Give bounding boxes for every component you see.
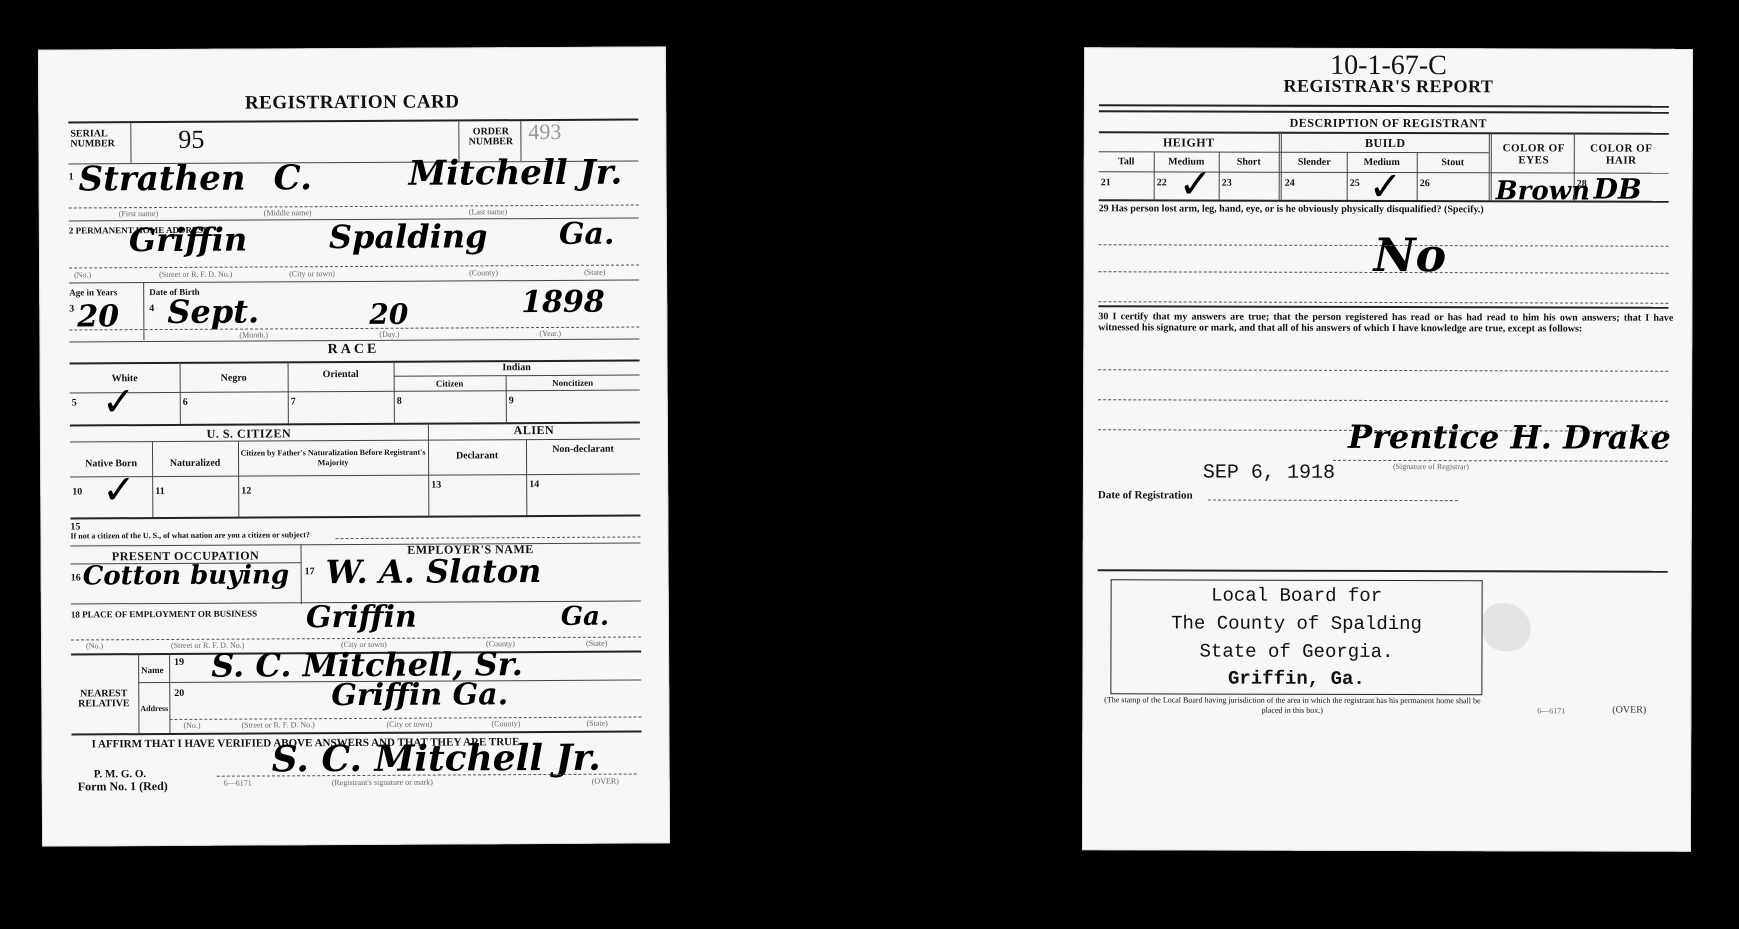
first-name: Strathen (78, 159, 245, 200)
native-born-checkmark: ✓ (102, 467, 136, 513)
employer-value: W. A. Slaton (326, 552, 542, 591)
question-30: 30 I certify that my answers are true; t… (1098, 311, 1673, 335)
form-name: Form No. 1 (Red) (78, 781, 168, 791)
last-name: Mitchell Jr. (408, 153, 622, 194)
home-state: Ga. (559, 217, 615, 252)
race-title: RACE (39, 340, 667, 359)
race-white-checkmark: ✓ (102, 379, 136, 425)
faded-seal-icon (1482, 603, 1530, 651)
q29-answer: No (1373, 228, 1446, 282)
local-board-stamp-box: Local Board for The County of Spalding S… (1110, 579, 1482, 695)
nearest-relative-label: NEAREST RELATIVE (71, 689, 136, 709)
home-city: Griffin (129, 221, 247, 260)
birth-month: Sept. (167, 292, 259, 330)
registrars-report-card: 10-1-67-C REGISTRAR'S REPORT DESCRIPTION… (1082, 47, 1693, 852)
birth-day: 20 (369, 298, 408, 331)
description-title: DESCRIPTION OF REGISTRANT (1084, 115, 1693, 132)
home-county: Spalding (329, 217, 488, 256)
question-29: 29 Has person lost arm, leg, hand, eye, … (1099, 203, 1674, 217)
serial-number-value: 95 (178, 125, 204, 155)
employment-city: Griffin (306, 600, 417, 636)
relative-address-value: Griffin Ga. (331, 677, 508, 713)
stamp-instructions: (The stamp of the Local Board having jur… (1102, 695, 1482, 716)
occupation-value: Cotton buying (83, 560, 290, 591)
order-number-label: ORDER NUMBER (463, 127, 518, 147)
serial-number-label: SERIAL NUMBER (70, 129, 124, 149)
registrar-signature: Prentice H. Drake (1348, 418, 1671, 457)
employment-state: Ga. (561, 602, 609, 632)
report-title: REGISTRAR'S REPORT (1084, 75, 1693, 98)
order-number-value: 493 (528, 119, 561, 145)
registration-card: REGISTRATION CARD SERIAL NUMBER 95 ORDER… (38, 46, 670, 846)
middle-name: C. (273, 158, 312, 198)
card-title: REGISTRATION CARD (38, 90, 666, 115)
registration-date: SEP 6, 1918 (1203, 462, 1335, 485)
birth-year: 1898 (521, 285, 605, 320)
